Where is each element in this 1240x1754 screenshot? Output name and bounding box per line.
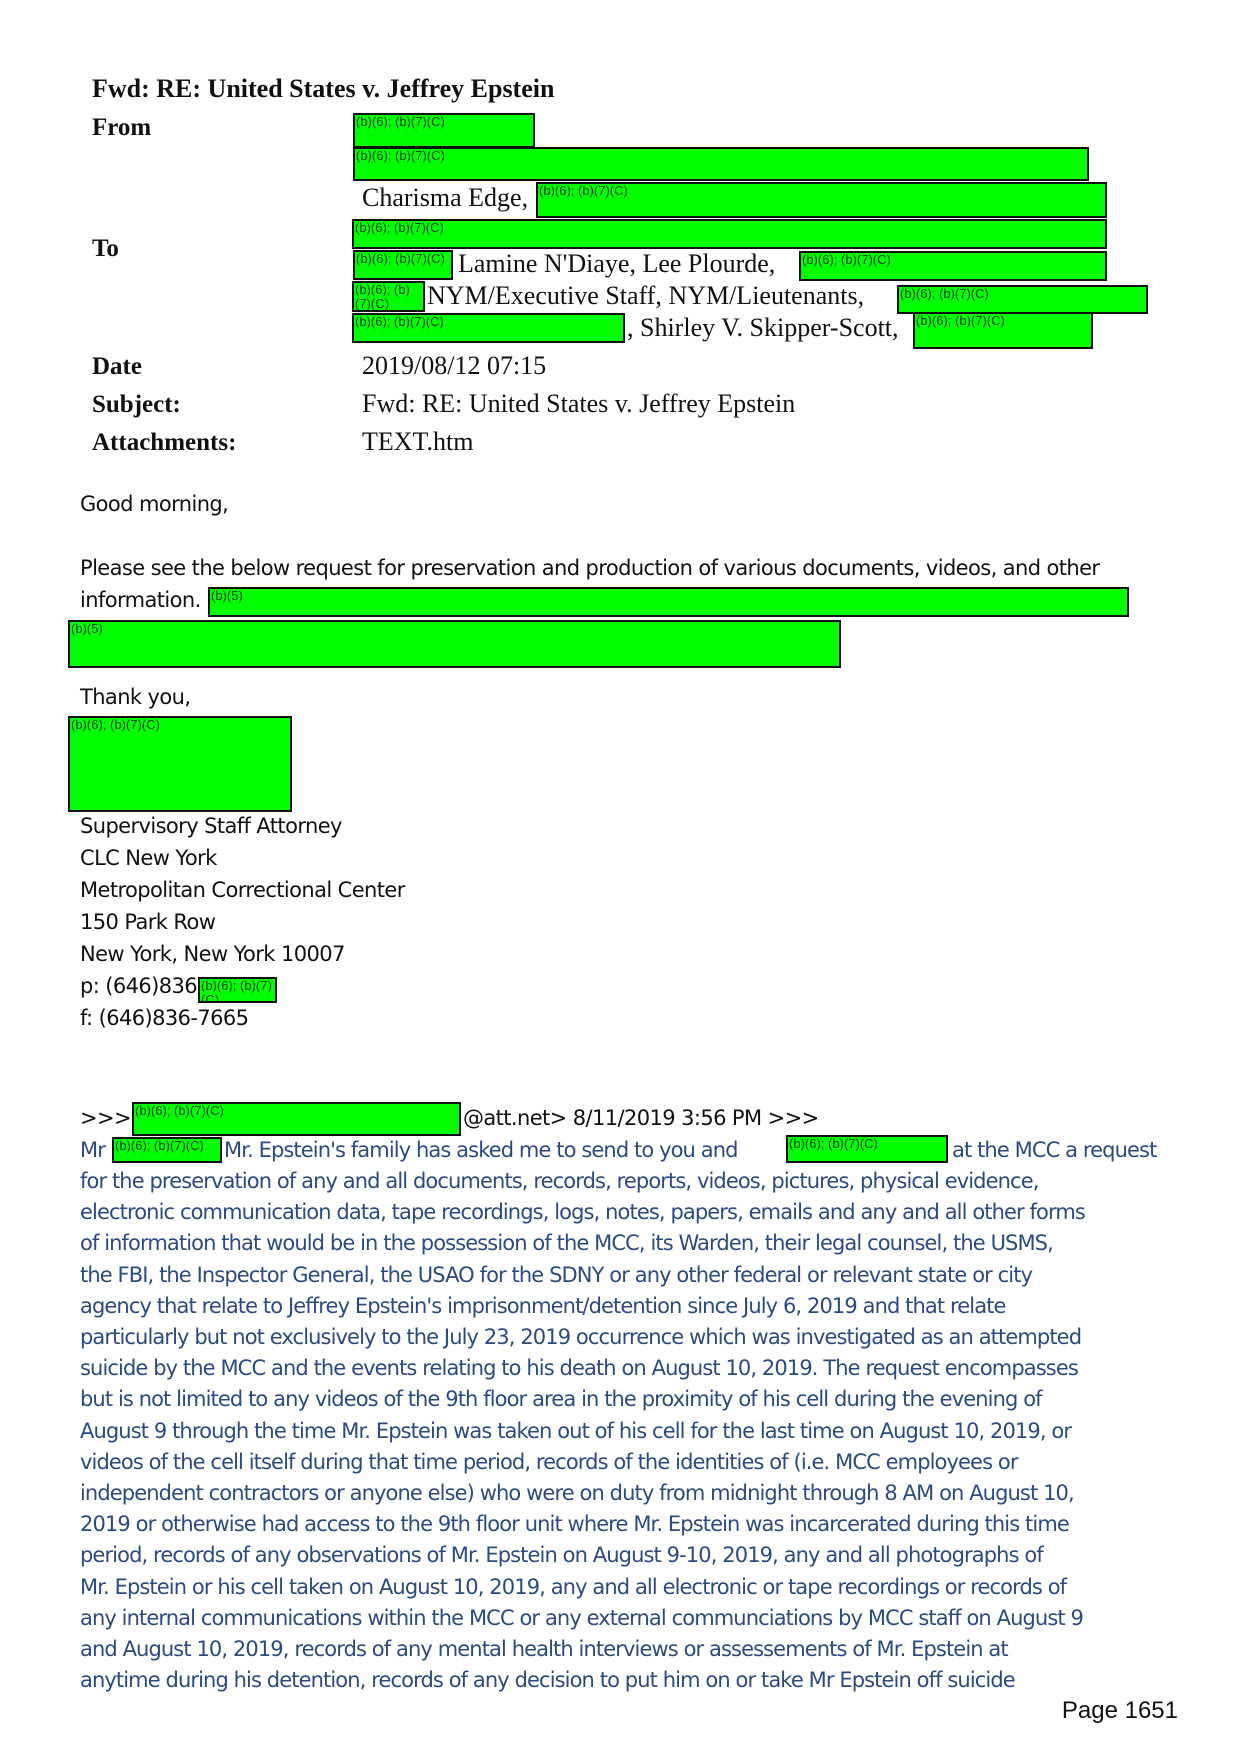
redaction-code: (b)(6); (b)(7)(C)	[114, 1139, 220, 1153]
redaction-code: (b)(6); (b)(7)(C)	[355, 149, 1087, 163]
signature-city: New York, New York 10007	[80, 942, 345, 966]
signature-facility: Metropolitan Correctional Center	[80, 878, 405, 902]
quoted-line: at the MCC a request	[952, 1138, 1156, 1162]
quoted-line: any internal communications within the M…	[80, 1606, 1083, 1630]
attachment-link[interactable]: TEXT.htm	[362, 427, 473, 457]
quoted-line: for the preservation of any and all docu…	[80, 1169, 1039, 1193]
signature-phone: p: (646)836-	[80, 974, 204, 998]
date-label: Date	[92, 353, 142, 381]
quoted-line: but is not limited to any videos of the …	[80, 1387, 1042, 1411]
redaction-code: (b)(6); (b)(7)(C)	[70, 718, 290, 732]
to-recipients-line: Lamine N'Diaye, Lee Plourde,	[458, 249, 775, 279]
to-label: To	[92, 235, 119, 263]
redaction-box: (b)(5)	[68, 620, 841, 668]
redaction-box: (b)(6); (b)(7)(C)	[536, 182, 1107, 218]
redaction-code: (b)(6); (b)(7)(C)	[354, 221, 1105, 235]
to-recipient-charisma-edge: Charisma Edge,	[362, 183, 528, 213]
body-paragraph-line: information.	[80, 588, 201, 612]
redaction-code: (b)(6); (b)(7)(C)	[355, 115, 533, 129]
redaction-box: (b)(6); (b)(7)(C)	[352, 313, 625, 343]
redaction-code: (b)(6); (b)(7)(C)	[801, 253, 1105, 267]
greeting: Good morning,	[80, 492, 228, 516]
redaction-box: (b)(6); (b)(7)(C)	[913, 312, 1093, 349]
quoted-line: videos of the cell itself during that ti…	[80, 1450, 1018, 1474]
redaction-code: (b)(6); (b)(7)(C)	[354, 315, 623, 329]
signature-fax: f: (646)836-7665	[80, 1006, 248, 1030]
from-label: From	[92, 114, 151, 142]
quoted-line: period, records of any observations of M…	[80, 1543, 1043, 1567]
redaction-box: (b)(6); (b)(7)(C)	[799, 251, 1107, 281]
redaction-box: (b)(6); (b)(7)(C)	[112, 1137, 222, 1163]
signature-office: CLC New York	[80, 846, 217, 870]
redaction-code: (b)(5)	[210, 589, 1127, 603]
quoted-line: particularly but not exclusively to the …	[80, 1325, 1081, 1349]
redaction-code: (b)(5)	[70, 622, 839, 636]
quoted-line: suicide by the MCC and the events relati…	[80, 1356, 1078, 1380]
quoted-line: and August 10, 2019, records of any ment…	[80, 1637, 1008, 1661]
body-paragraph-line: Please see the below request for preserv…	[80, 556, 1099, 580]
redaction-box: (b)(6); (b)(7)(C)	[352, 219, 1107, 249]
redaction-code: (b)(6); (b)(7)(C)	[134, 1104, 459, 1118]
quoted-line: electronic communication data, tape reco…	[80, 1200, 1085, 1224]
signature-title: Supervisory Staff Attorney	[80, 814, 342, 838]
redaction-code: (b)(6); (b)(7)(C)	[355, 252, 451, 266]
redaction-code: (b)(6); (b)(7)(C)	[538, 184, 1105, 198]
quoted-line: 2019 or otherwise had access to the 9th …	[80, 1512, 1069, 1536]
redaction-code: (b)(6); (b)(7)(C)	[915, 314, 1091, 328]
to-recipient-skipper-scott: , Shirley V. Skipper-Scott,	[627, 313, 899, 343]
quoted-line: Mr. Epstein's family has asked me to sen…	[224, 1138, 738, 1162]
redaction-box: (b)(6); (b)(7)(C)	[132, 1102, 461, 1136]
redaction-code: (b)(6); (b)(7)(C)	[354, 283, 423, 311]
attachments-label: Attachments:	[92, 429, 236, 457]
date-value: 2019/08/12 07:15	[362, 351, 546, 381]
redaction-code: (b)(6); (b)(7)(C)	[899, 287, 1146, 301]
quoted-line: independent contractors or anyone else) …	[80, 1481, 1074, 1505]
redaction-code: (b)(6); (b)(7)(C)	[200, 979, 275, 1003]
to-recipients-groups: NYM/Executive Staff, NYM/Lieutenants,	[427, 281, 864, 311]
redaction-box: (b)(6); (b)(7)(C)	[353, 113, 535, 148]
redaction-box: (b)(6); (b)(7)(C)	[353, 147, 1089, 181]
quoted-line: of information that would be in the poss…	[80, 1231, 1053, 1255]
redaction-code: (b)(6); (b)(7)(C)	[788, 1137, 946, 1151]
redaction-box: (b)(6); (b)(7)(C)	[897, 285, 1148, 314]
redaction-box: (b)(6); (b)(7)(C)	[353, 250, 453, 280]
email-title: Fwd: RE: United States v. Jeffrey Epstei…	[92, 74, 554, 104]
quoted-line: Mr	[80, 1138, 105, 1162]
quoted-line: agency that relate to Jeffrey Epstein's …	[80, 1294, 1006, 1318]
forward-header-prefix: >>>	[80, 1106, 131, 1130]
subject-value: Fwd: RE: United States v. Jeffrey Epstei…	[362, 389, 795, 419]
subject-label: Subject:	[92, 391, 181, 419]
closing: Thank you,	[80, 685, 190, 709]
quoted-line: August 9 through the time Mr. Epstein wa…	[80, 1419, 1071, 1443]
redaction-box: (b)(6); (b)(7)(C)	[198, 977, 277, 1003]
redaction-box: (b)(6); (b)(7)(C)	[68, 716, 292, 812]
redaction-box: (b)(5)	[208, 587, 1129, 617]
page-number: Page 1651	[1062, 1697, 1178, 1725]
forward-header-suffix: @att.net> 8/11/2019 3:56 PM >>>	[463, 1106, 819, 1130]
signature-street: 150 Park Row	[80, 910, 215, 934]
redaction-box: (b)(6); (b)(7)(C)	[786, 1135, 948, 1163]
quoted-line: the FBI, the Inspector General, the USAO…	[80, 1263, 1032, 1287]
quoted-line: anytime during his detention, records of…	[80, 1668, 1015, 1692]
redaction-box: (b)(6); (b)(7)(C)	[352, 281, 425, 312]
quoted-line: Mr. Epstein or his cell taken on August …	[80, 1575, 1066, 1599]
